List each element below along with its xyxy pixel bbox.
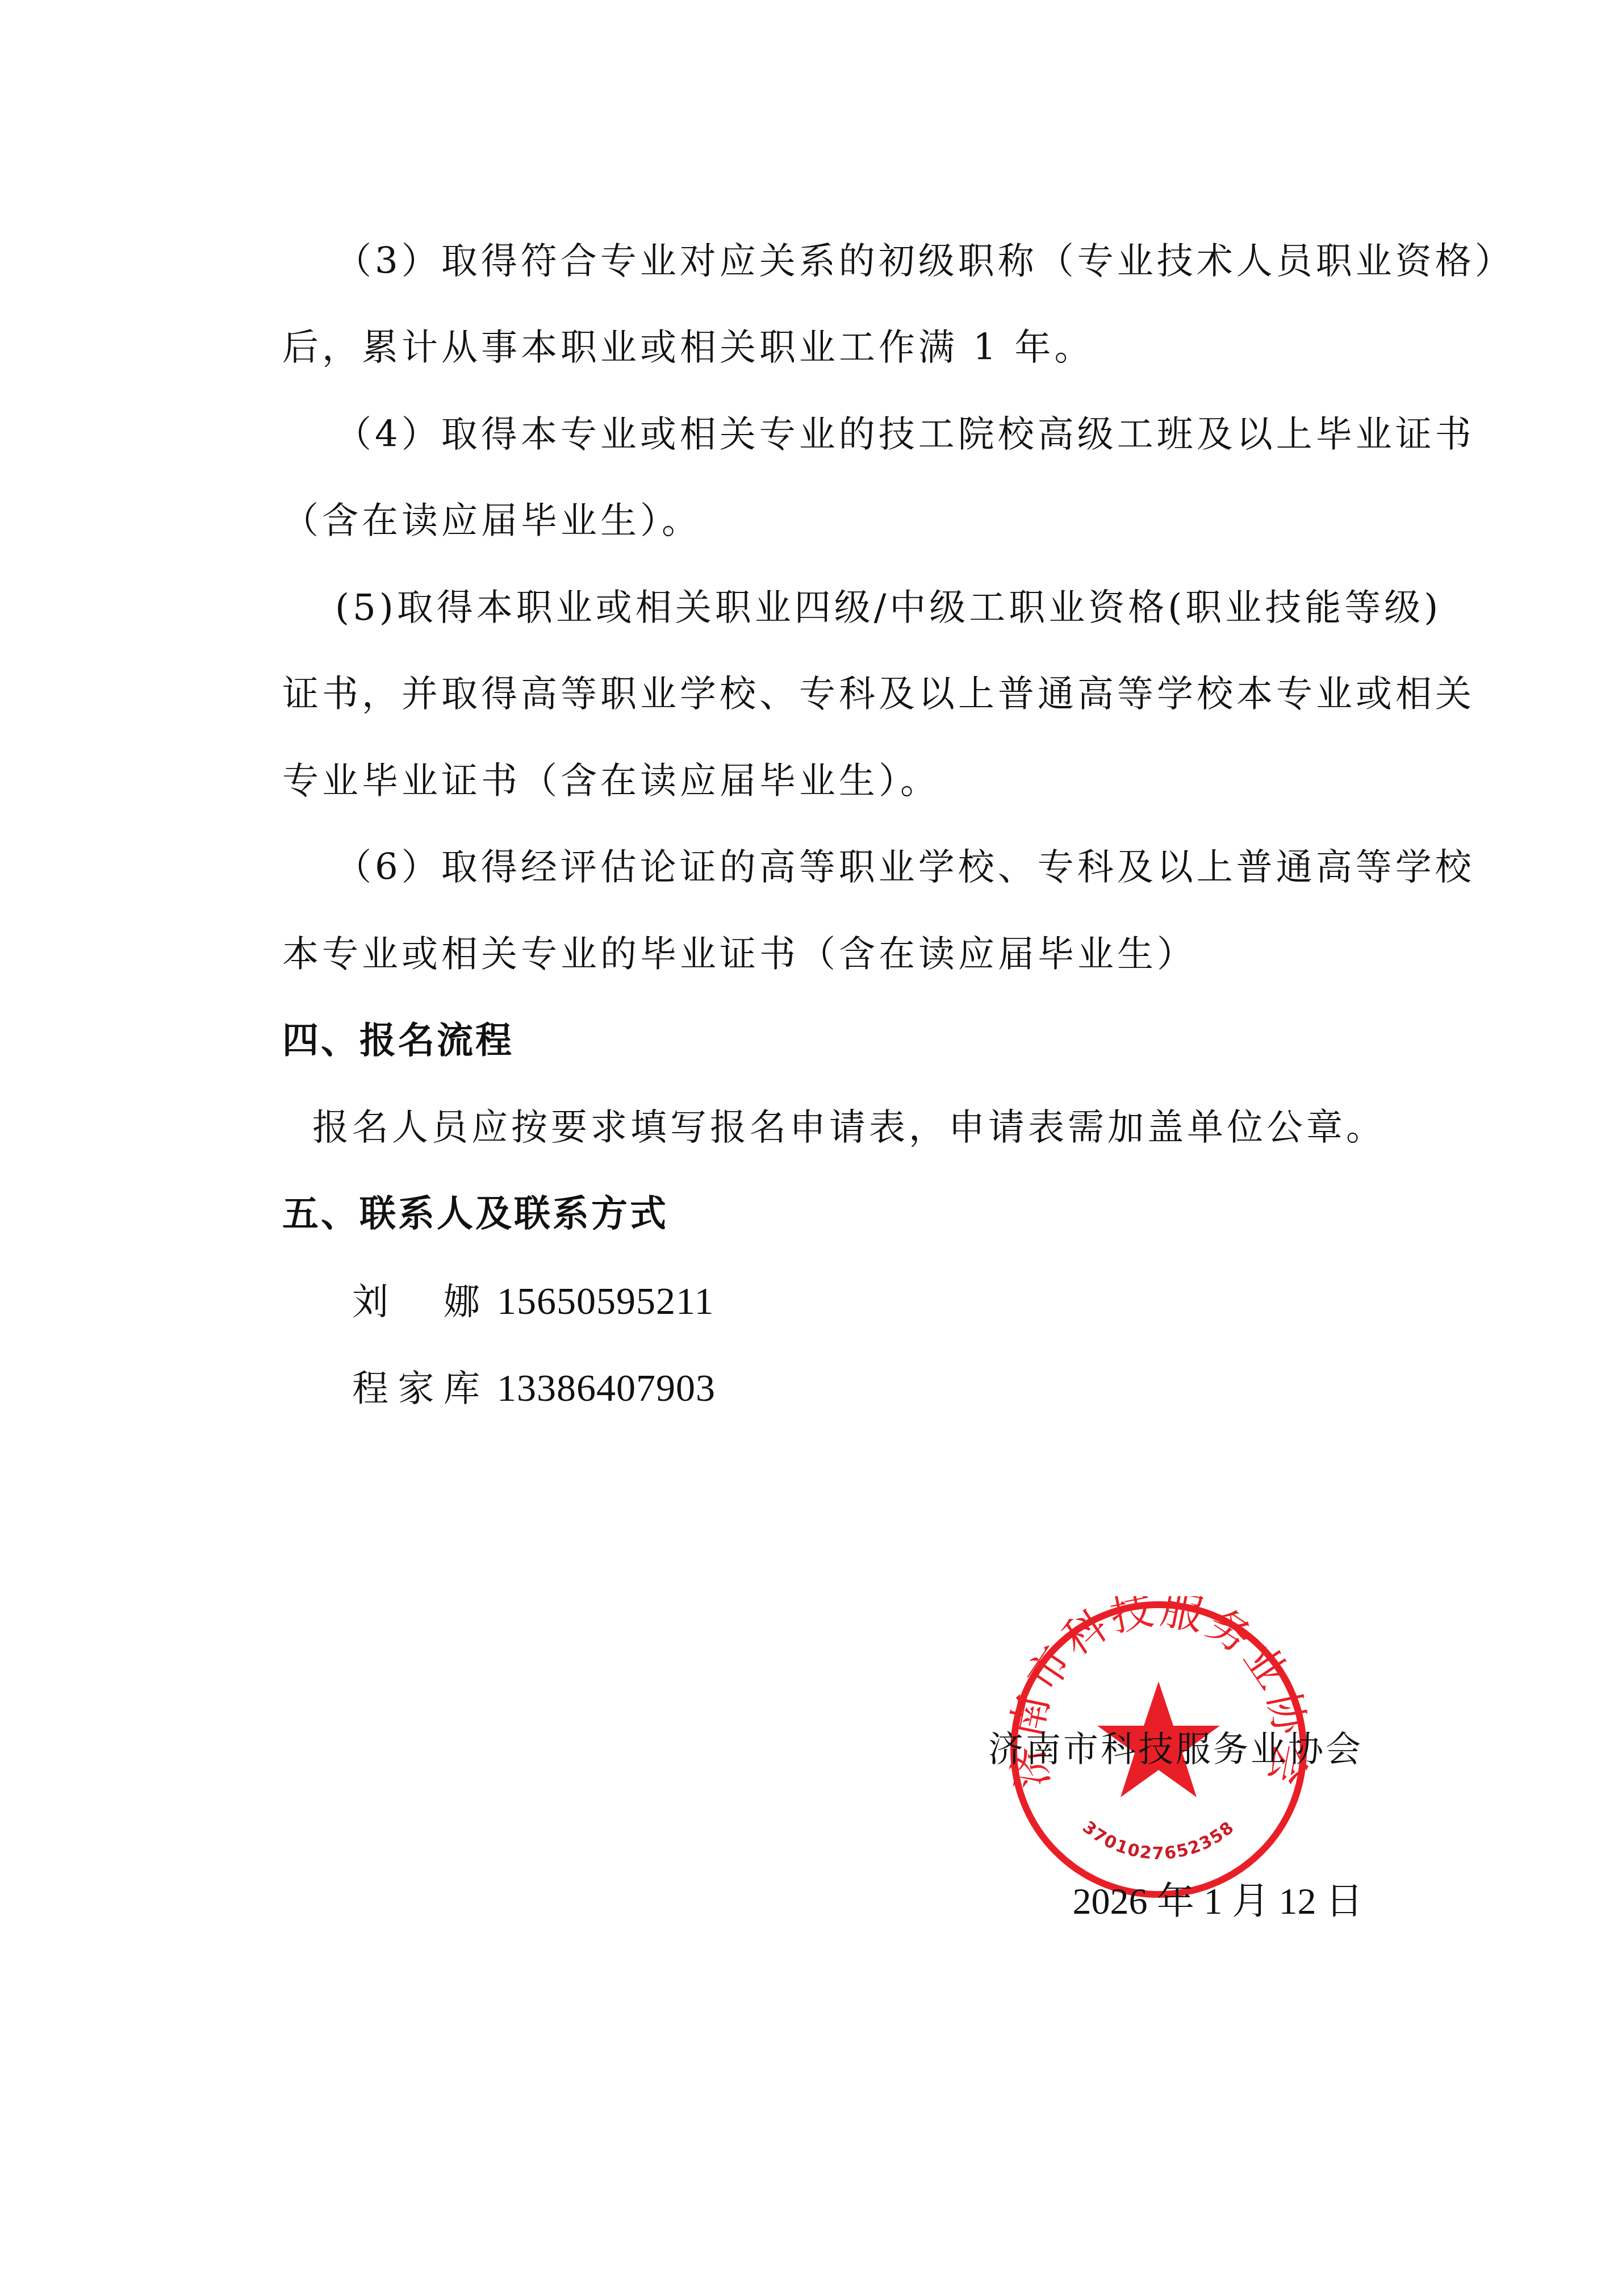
item-3-line-2: 后，累计从事本职业或相关职业工作满 1 年。 <box>282 325 1367 370</box>
section-4-heading: 四、报名流程 <box>282 1018 1367 1063</box>
item-5-line-2: 证书，并取得高等职业学校、专科及以上普通高等学校本专业或相关 <box>282 671 1367 717</box>
item-6-line-2: 本专业或相关专业的毕业证书（含在读应届毕业生） <box>282 932 1367 977</box>
item-3-line-1: （3）取得符合专业对应关系的初级职称（专业技术人员职业资格） <box>335 239 1420 284</box>
signature-organization: 济南市科技服务业协会 <box>988 1727 1363 1772</box>
contact-phone: 15650595211 <box>497 1279 714 1322</box>
contact-name: 程家库 <box>352 1366 480 1412</box>
item-6-line-1: （6）取得经评估论证的高等职业学校、专科及以上普通高等学校 <box>335 845 1420 890</box>
item-4-line-1: （4）取得本专业或相关专业的技工院校高级工班及以上毕业证书 <box>335 412 1420 457</box>
contact-name: 刘娜 <box>352 1279 480 1325</box>
seal-registration-number: 3701027652358 <box>1078 1817 1239 1863</box>
item-4-line-2: （含在读应届毕业生）。 <box>282 498 1367 544</box>
contact-row: 程家库13386407903 <box>352 1365 716 1410</box>
section-4-body: 报名人员应按要求填写报名申请表，申请表需加盖单位公章。 <box>312 1105 1397 1150</box>
item-5-line-1: (5)取得本职业或相关职业四级/中级工职业资格(职业技能等级) <box>335 585 1420 631</box>
contact-row: 刘娜15650595211 <box>352 1278 714 1324</box>
document-page: （3）取得符合专业对应关系的初级职称（专业技术人员职业资格） 后，累计从事本职业… <box>0 0 1622 2296</box>
contact-phone: 13386407903 <box>497 1366 716 1409</box>
signature-date: 2026 年 1 月 12 日 <box>1073 1879 1364 1925</box>
section-5-heading: 五、联系人及联系方式 <box>282 1191 1367 1237</box>
item-5-line-3: 专业毕业证书（含在读应届毕业生）。 <box>282 758 1367 804</box>
